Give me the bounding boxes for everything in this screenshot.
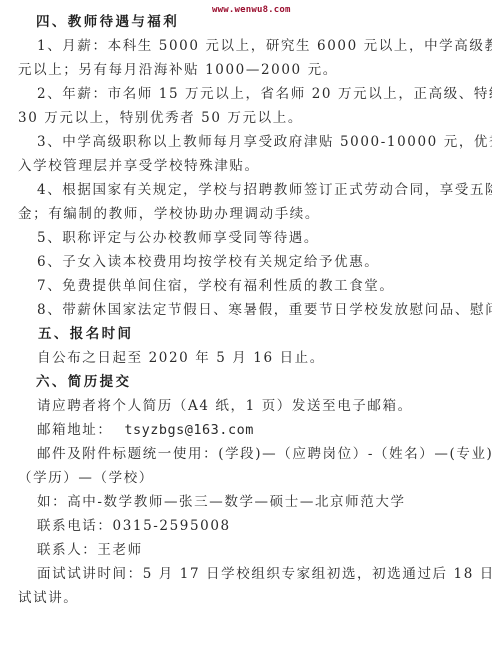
item-6: 6、子女入读本校费用均按学校有关规定给予优惠。 [37, 253, 379, 271]
interview-line-2: 试试讲。 [18, 589, 78, 607]
phone-label: 联系电话： [37, 518, 113, 534]
contact-person: 联系人：王老师 [37, 541, 143, 559]
item-4-line-2: 金；有编制的教师，学校协助办理调动手续。 [18, 205, 320, 223]
subject-format-line-2: （学历）—（学校） [18, 469, 154, 487]
email-address[interactable]: tsyzbgs@163.com [124, 422, 253, 438]
email-label: 邮箱地址： [37, 422, 113, 438]
section-heading-benefits: 四、教师待遇与福利 [36, 13, 179, 31]
subject-format-line-1: 邮件及附件标题统一使用：(学段)—（应聘岗位）-（姓名）—(专业)— [37, 445, 492, 463]
item-3-line-2: 入学校管理层并享受学校特殊津贴。 [18, 157, 260, 175]
item-7: 7、免费提供单间住宿，学校有福利性质的教工食堂。 [37, 277, 395, 295]
item-2-line-2: 30 万元以上，特别优秀者 50 万元以上。 [18, 109, 303, 127]
item-4-line-1: 4、根据国家有关规定，学校与招聘教师签订正式劳动合同，享受五险一 [37, 181, 492, 199]
watermark: www.wenwu8.com [212, 5, 291, 15]
item-1-line-1: 1、月薪：本科生 5000 元以上，研究生 6000 元以上，中学高级教师 70… [37, 37, 492, 55]
subject-example: 如：高中-数学教师—张三—数学—硕士—北京师范大学 [37, 493, 406, 511]
phone-row: 联系电话：0315-2595008 [37, 517, 231, 535]
email-row: 邮箱地址： tsyzbgs@163.com [37, 421, 254, 439]
section-heading-registration: 五、报名时间 [38, 325, 133, 343]
interview-line-1: 面试试讲时间：5 月 17 日学校组织专家组初选，初选通过后 18 日参加面 [37, 565, 492, 583]
item-3-line-1: 3、中学高级职称以上教师每月享受政府津贴 5000-10000 元，优秀者可进 [37, 133, 492, 151]
resume-intro: 请应聘者将个人简历（A4 纸，1 页）发送至电子邮箱。 [37, 397, 413, 415]
item-2-line-1: 2、年薪：市名师 15 万元以上，省名师 20 万元以上，正高级、特级教师 [37, 85, 492, 103]
section-heading-resume: 六、简历提交 [36, 373, 131, 391]
item-5: 5、职称评定与公办校教师享受同等待遇。 [37, 229, 319, 247]
phone-number: 0315-2595008 [113, 518, 231, 534]
registration-period: 自公布之日起至 2020 年 5 月 16 日止。 [37, 349, 325, 367]
item-1-line-2: 元以上；另有每月沿海补贴 1000—2000 元。 [18, 61, 338, 79]
item-8: 8、带薪休国家法定节假日、寒暑假，重要节日学校发放慰问品、慰问金。 [37, 301, 492, 319]
